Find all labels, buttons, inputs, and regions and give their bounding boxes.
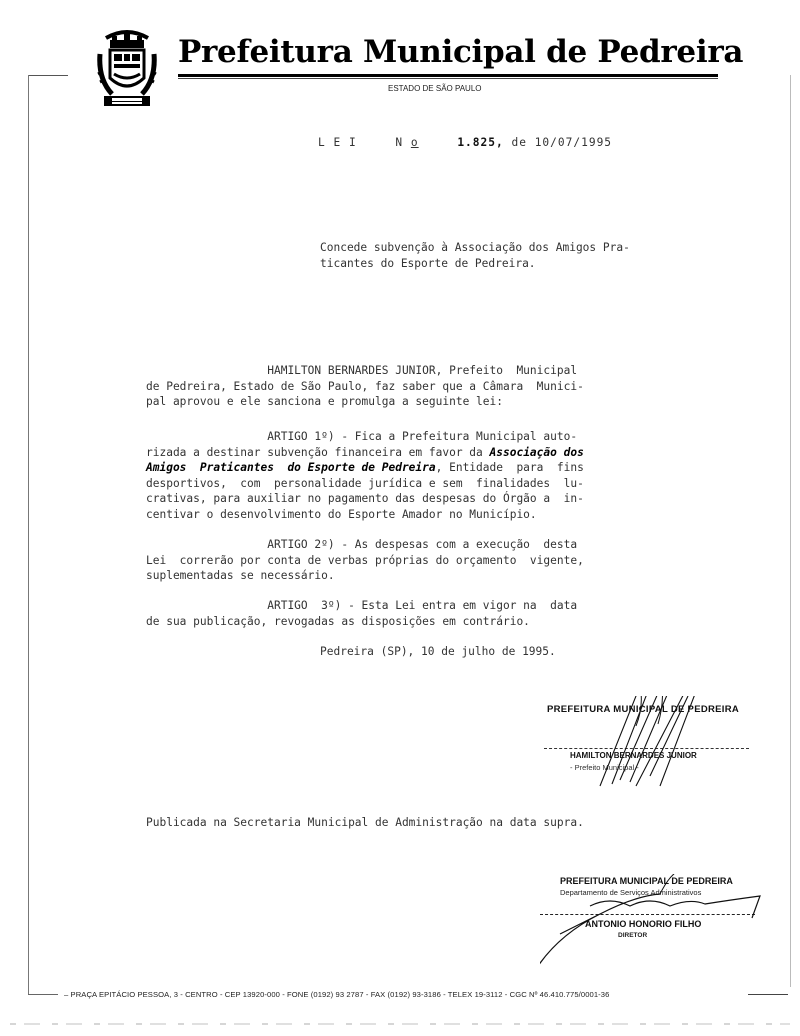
text-line: desportivos, com personalidade jurídica … [146, 476, 752, 492]
text-line: ARTIGO 3º) - Esta Lei entra em vigor na … [146, 598, 752, 614]
entity-name: Associação dos [490, 446, 584, 459]
law-label: L E I [318, 136, 357, 149]
frame-line [28, 994, 58, 995]
scan-artifact [10, 1023, 790, 1025]
frame-line [28, 75, 68, 76]
letterhead-subtitle: ESTADO DE SÃO PAULO [388, 84, 482, 93]
text-line: ARTIGO 1º) - Fica a Prefeitura Municipal… [146, 429, 752, 445]
text-line: HAMILTON BERNARDES JUNIOR, Prefeito Muni… [146, 363, 752, 379]
entity-name: Amigos Praticantes do Esporte de Pedreir… [146, 461, 436, 474]
signer-name: ANTONIO HONORIO FILHO [585, 919, 701, 929]
text-line: crativas, para auxiliar no pagamento das… [146, 491, 752, 507]
law-heading: L E I N o 1.825, de 10/07/1995 [318, 135, 612, 151]
stamp-org: PREFEITURA MUNICIPAL DE PEDREIRA [560, 876, 733, 886]
director-signature-block: PREFEITURA MUNICIPAL DE PEDREIRA Departa… [540, 874, 780, 964]
signer-name: HAMILTON BERNARDES JUNIOR [570, 751, 697, 760]
text-line: centivar o desenvolvimento do Esporte Am… [146, 507, 752, 523]
law-summary: Concede subvenção à Associação dos Amigo… [320, 240, 630, 271]
text-span: rizada a destinar subvenção financeira e… [146, 446, 490, 459]
intro-paragraph: HAMILTON BERNARDES JUNIOR, Prefeito Muni… [146, 363, 752, 410]
text-span: , Entidade para fins [436, 461, 584, 474]
mayor-signature-block: PREFEITURA MUNICIPAL DE PEDREIRA HAMILTO… [540, 696, 780, 786]
signature-line [544, 748, 749, 749]
text-line: rizada a destinar subvenção financeira e… [146, 445, 752, 461]
place-date: Pedreira (SP), 10 de julho de 1995. [320, 644, 556, 660]
article-3: ARTIGO 3º) - Esta Lei entra em vigor na … [146, 598, 752, 629]
text-line: Amigos Praticantes do Esporte de Pedreir… [146, 460, 752, 476]
article-2: ARTIGO 2º) - As despesas com a execução … [146, 537, 752, 584]
text-line: pal aprovou e ele sanciona e promulga a … [146, 394, 752, 410]
text-line: Lei correrão por conta de verbas própria… [146, 553, 752, 569]
letterhead-title: Prefeitura Municipal de Pedreira [178, 34, 743, 70]
signer-role: DIRETOR [618, 932, 647, 939]
text-line: ARTIGO 2º) - As despesas com a execução … [146, 537, 752, 553]
publication-note: Publicada na Secretaria Municipal de Adm… [146, 815, 584, 831]
frame-line [748, 994, 788, 995]
article-1: ARTIGO 1º) - Fica a Prefeitura Municipal… [146, 429, 752, 522]
signer-role: - Prefeito Municipal - [570, 763, 639, 772]
frame-line [790, 75, 791, 987]
law-number: 1.825, [457, 136, 503, 149]
letterhead-rule [178, 74, 718, 77]
footer-text: PRAÇA EPITÁCIO PESSOA, 3 - CENTRO - CEP … [71, 990, 610, 999]
text-line: de sua publicação, revogadas as disposiç… [146, 614, 752, 630]
law-date: de 10/07/1995 [511, 136, 612, 149]
summary-line: ticantes do Esporte de Pedreira. [320, 256, 630, 272]
stamp-department: Departamento de Serviços Administrativos [560, 888, 701, 897]
stamp-org: PREFEITURA MUNICIPAL DE PEDREIRA [547, 704, 739, 715]
summary-line: Concede subvenção à Associação dos Amigo… [320, 240, 630, 256]
signature-line [540, 914, 755, 915]
text-line: de Pedreira, Estado de São Paulo, faz sa… [146, 379, 752, 395]
law-number-ordinal: o [411, 136, 419, 149]
letterhead-rule [178, 78, 718, 79]
coat-of-arms-icon [96, 24, 158, 112]
text-line: suplementadas se necessário. [146, 568, 752, 584]
footer-address: – PRAÇA EPITÁCIO PESSOA, 3 - CENTRO - CE… [64, 990, 609, 999]
frame-line [28, 75, 29, 995]
law-number-label: N [395, 136, 403, 149]
